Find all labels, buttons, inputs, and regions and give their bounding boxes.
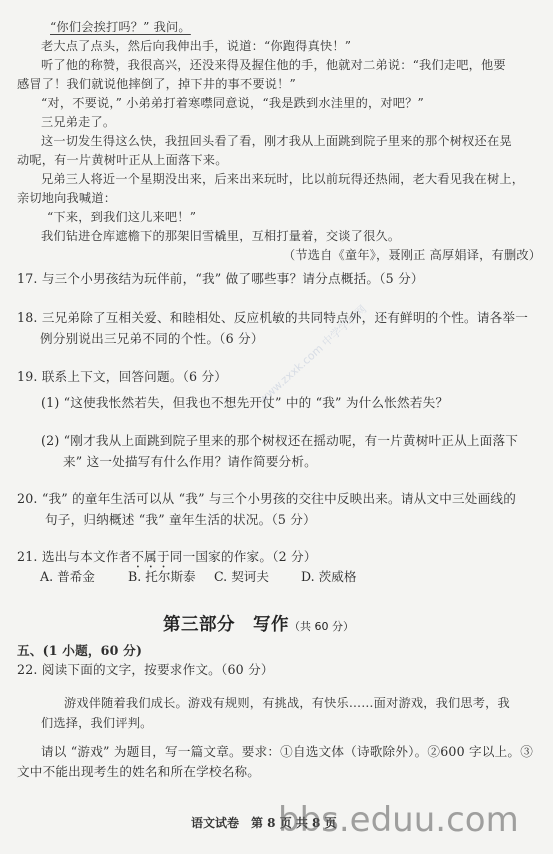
- option-b: B. 托尔斯泰: [128, 569, 196, 585]
- story-line: “对，不要说，” 小弟弟打着寒噤同意说，“我是跌到水洼里的，对吧？”: [41, 95, 424, 111]
- story-source: （节选自《童年》，聂刚正 高厚娟译，有删改）: [283, 247, 541, 263]
- question-21: 21. 选出与本文作者不属于同一国家的作家。（2 分）: [17, 549, 317, 571]
- story-line: 动呢，有一片黄树叶正从上面落下来。: [17, 152, 228, 168]
- story-line: 三兄弟走了。: [41, 114, 115, 130]
- question-19-2-cont: 来” 这一处描写有什么作用？请作简要分析。: [63, 454, 317, 470]
- story-line: 兄弟三人将近一个星期没出来，后来出来玩时，比以前玩得还热闹，老大看见我在树上，: [41, 171, 524, 187]
- prompt-line: 游戏伴随着我们成长。游戏有规则，有挑战，有快乐……面对游戏，我们思考，我: [64, 695, 510, 711]
- section-subtitle: （共 60 分）: [289, 620, 354, 633]
- question-19: 19. 联系上下文，回答问题。（6 分）: [17, 369, 227, 385]
- question-18-cont: 例分别说出三兄弟不同的个性。（6 分）: [40, 331, 264, 347]
- prompt-line: 们选择，我们评判。: [41, 715, 153, 731]
- story-line: 老大点了点头，然后向我伸出手，说道：“你跑得真快！”: [41, 38, 351, 54]
- watermark-site: bbs.eduu.com: [278, 800, 519, 840]
- question-18: 18. 三兄弟除了互相关爱、和睦相处、反应机敏的共同特点外，还有鲜明的个性。请各…: [17, 310, 528, 326]
- section-title-text: 第三部分 写作: [163, 615, 289, 635]
- story-line: 我们钻进仓库遮檐下的那架旧雪橇里，互相打量着，交谈了很久。: [41, 228, 400, 244]
- story-line-underlined: “你们会挨打吗？” 我问。: [50, 19, 191, 35]
- option-d: D. 茨威格: [301, 569, 356, 585]
- story-line: 这一切发生得这么快，我扭回头看了看，刚才我从上面跳到院子里来的那个树杈还在晃: [41, 133, 512, 149]
- story-line: “下来，到我们这儿来吧！”: [47, 209, 196, 225]
- story-line: 听了他的称赞，我很高兴，还没来得及握住他的手，他就对二弟说：“我们走吧，他要: [41, 57, 506, 73]
- question-21-post: 同一国家的作家。（2 分）: [170, 549, 317, 564]
- requirements-line: 请以 “游戏” 为题目，写一篇文章。要求：①自选文体（诗歌除外）。②600 字以…: [41, 744, 533, 760]
- story-line: 亲切地向我喊道：: [17, 190, 116, 206]
- exam-page: “你们会挨打吗？” 我问。 老大点了点头，然后向我伸出手，说道：“你跑得真快！”…: [0, 0, 553, 854]
- question-21-pre: 21. 选出与本文作者: [17, 549, 131, 564]
- option-c: C. 契诃夫: [214, 569, 269, 585]
- part-five-heading: 五、(1 小题，60 分): [17, 643, 142, 659]
- question-20: 20. “我” 的童年生活可以从 “我” 与三个小男孩的交往中反映出来。请从文中…: [17, 491, 516, 507]
- story-line: 感冒了！我们就说他摔倒了，掉下井的事不要说！”: [17, 76, 296, 92]
- question-20-cont: 句子，归纳概述 “我” 童年生活的状况。（5 分）: [45, 512, 316, 528]
- question-19-2: (2) “刚才我从上面跳到院子里来的那个树杈还在摇动呢，有一片黄树叶正从上面落下: [41, 433, 518, 449]
- question-22: 22. 阅读下面的文字，按要求作文。（60 分）: [17, 662, 274, 678]
- question-17: 17. 与三个小男孩结为玩伴前，“我” 做了哪些事？请分点概括。（5 分）: [17, 271, 424, 287]
- option-a: A. 普希金: [40, 569, 95, 585]
- section-title: 第三部分 写作（共 60 分）: [163, 611, 354, 636]
- requirements-line: 文中不能出现考生的姓名和所在学校名称。: [17, 764, 260, 780]
- question-19-1: (1) “这使我怅然若失，但我也不想先开仗” 中的 “我” 为什么怅然若失？: [41, 395, 448, 411]
- question-21-emphasis: 不属于: [131, 549, 169, 564]
